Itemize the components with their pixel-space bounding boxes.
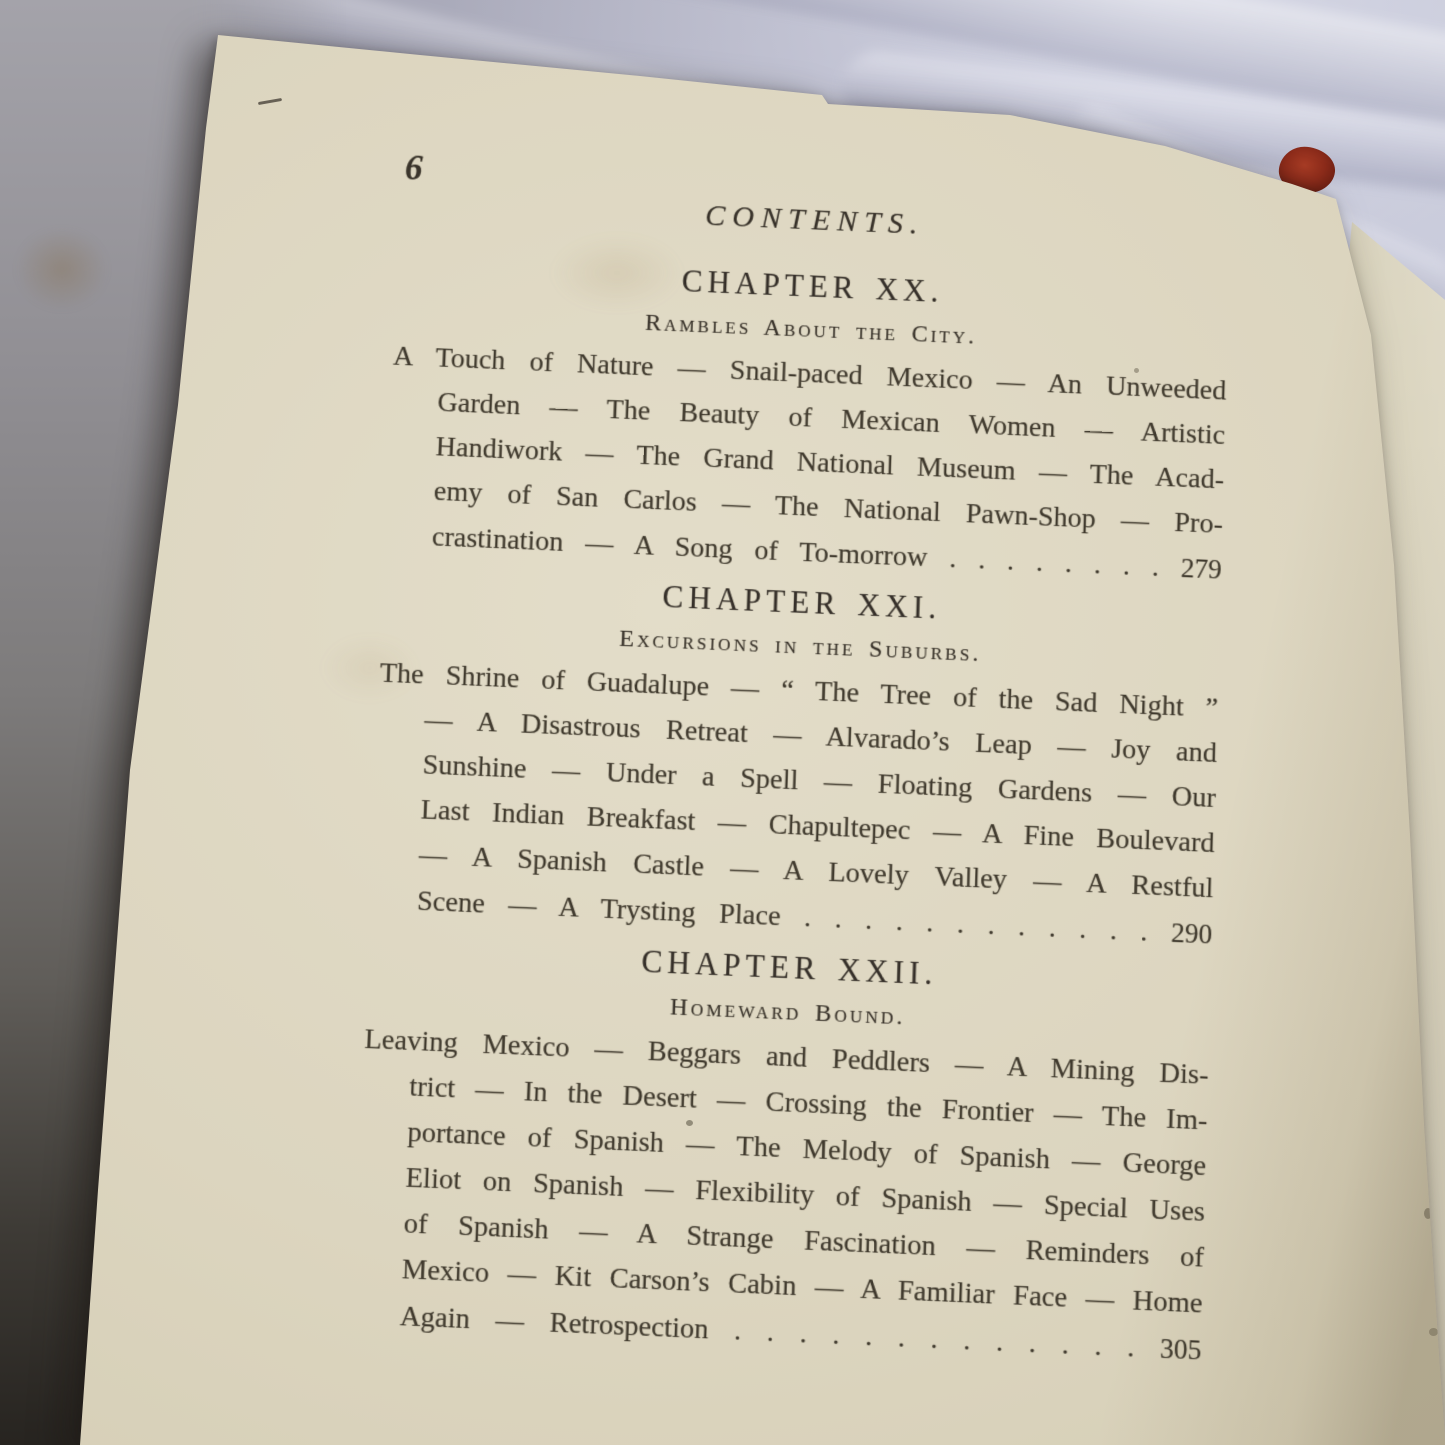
dot-leaders: . . . . . . . . . . . . — [804, 902, 1149, 948]
page-reference: 305 — [1160, 1333, 1202, 1366]
summary-line-text: Scene — A Trysting Place — [416, 885, 781, 932]
chapter-summary: Leaving Mexico — Beggars and Peddlers — … — [352, 1017, 1209, 1374]
book-page: 6 CONTENTS. CHAPTER XX. Rambles About th… — [0, 0, 1445, 1445]
paper-speck — [1424, 1208, 1432, 1219]
chapter-summary: The Shrine of Guadalupe — “ The Tree of … — [369, 651, 1218, 958]
dot-leaders: . . . . . . . . — [949, 543, 1160, 583]
page-reference: 279 — [1180, 553, 1222, 585]
page-number: 6 — [404, 146, 423, 191]
page-shadow-wrapper: 6 CONTENTS. CHAPTER XX. Rambles About th… — [0, 0, 1445, 1445]
book-photo-scene: 6 CONTENTS. CHAPTER XX. Rambles About th… — [0, 0, 1445, 1445]
dot-leaders: . . . . . . . . . . . . . — [734, 1314, 1135, 1364]
toc-entry-chapter-xxi: CHAPTER XXI. Excursions in the Suburbs. … — [369, 564, 1221, 958]
toc-entry-chapter-xx: CHAPTER XX. Rambles About the City. A To… — [385, 248, 1229, 593]
paper-speck — [1429, 1328, 1438, 1336]
contents-title: CONTENTS. — [399, 182, 1231, 259]
chapter-summary: A Touch of Nature — Snail-paced Mexico —… — [385, 334, 1227, 592]
stray-ink-mark — [258, 98, 282, 105]
page-reference: 290 — [1171, 917, 1213, 950]
toc-entry-chapter-xxii: CHAPTER XXII. Homeward Bound. Leaving Me… — [352, 928, 1211, 1374]
summary-line-text: Again — Retrospection — [399, 1300, 709, 1346]
contents-text-block: 6 CONTENTS. CHAPTER XX. Rambles About th… — [352, 146, 1232, 1374]
